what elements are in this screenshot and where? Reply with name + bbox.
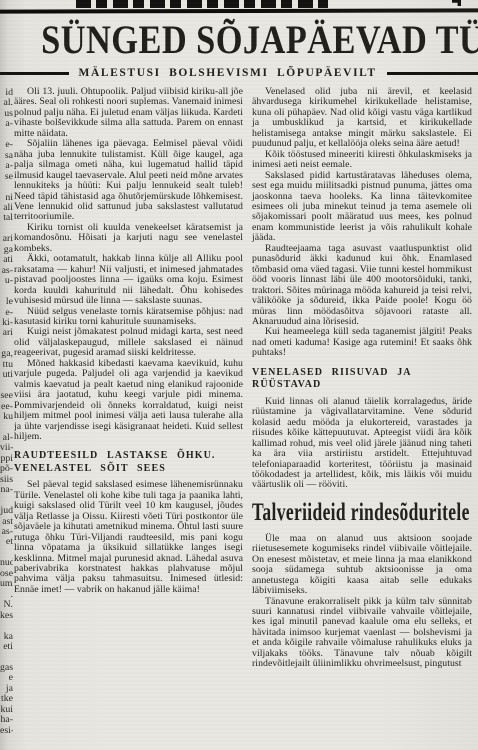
subtitle-rule-left	[0, 72, 69, 75]
article-title: SÜNGED SÕJAPÄEVAD TÜRIL	[41, 19, 478, 61]
paragraph: Mõned hakkasid kibedasti kaevama kaeviku…	[14, 359, 243, 443]
newspaper-page: SÜNGED SÕJAPÄEVAD TÜRIL MÄLESTUSI BOLSHE…	[0, 0, 478, 750]
paragraph: Sõjaliin lähenes iga päevaga. Eelmisel p…	[14, 139, 243, 223]
subtitle-rule-right	[387, 72, 478, 75]
article-heading-text: Talveriideid rindesõduritele	[252, 500, 470, 526]
column-left: Oli 13. juuli. Õhtupoolik. Paljud viibis…	[14, 87, 243, 750]
section-heading: VENELASED RIISUVAD JA RÜÜSTAVAD	[252, 367, 472, 392]
article-header: SÜNGED SÕJAPÄEVAD TÜRIL	[0, 19, 478, 61]
header-rule	[0, 8, 478, 13]
article-subtitle: MÄLESTUSI BOLSHEVISMI LÕPUPÄEVILT	[79, 67, 377, 79]
paragraph: Kiriku tornist oli kuulda venekeelset kä…	[14, 223, 243, 254]
paragraph: Kõik tööstused mineeriti kiiresti õhkula…	[252, 150, 472, 171]
paragraph: Venelased olid juba nii ärevil, et keela…	[252, 87, 472, 150]
article-subtitle-row: MÄLESTUSI BOLSHEVISMI LÕPUPÄEVILT	[0, 67, 478, 79]
paragraph: Äkki, ootamatult, hakkab linna külje all…	[14, 254, 243, 306]
paragraph: Oli 13. juuli. Õhtupoolik. Paljud viibis…	[14, 87, 243, 139]
paragraph: Kuid linnas oli alanud täielik korralage…	[252, 397, 472, 491]
article-heading: Talveriideid rindesõduritele	[252, 500, 472, 527]
article-body: Oli 13. juuli. Õhtupoolik. Paljud viibis…	[14, 87, 472, 750]
paragraph: Üle maa on alanud uus aktsioon soojade r…	[252, 534, 472, 597]
section-heading: RAUDTEESILD LASTAKSE ÕHKU. VENELASTEL SÕ…	[14, 450, 243, 475]
paragraph: Kuigi neist jõmakatest polnud midagi kar…	[14, 327, 243, 358]
paragraph: Nüüd selgus venelaste tornis käratsemise…	[14, 307, 243, 328]
masthead-text-fragment	[76, 0, 328, 8]
left-margin-column-fragments: id al. us a- e- sa a- se ni ali tal ari …	[0, 88, 13, 746]
paragraph: Sakslased pidid kartustäratavas läheduse…	[252, 171, 472, 244]
column-right: Venelased olid juba nii ärevil, et keela…	[252, 87, 472, 750]
paragraph: Tänavune erakorraliselt pikk ja külm tal…	[252, 597, 472, 670]
paragraph: Sel päeval tegid sakslased esimese lähen…	[14, 480, 243, 595]
paragraph: Kui heameelega küll seda taganemist jälg…	[252, 327, 472, 358]
page-number-fragment	[452, 0, 461, 6]
paragraph: Raudteejaama taga asuvast vaatluspunktis…	[252, 244, 472, 328]
